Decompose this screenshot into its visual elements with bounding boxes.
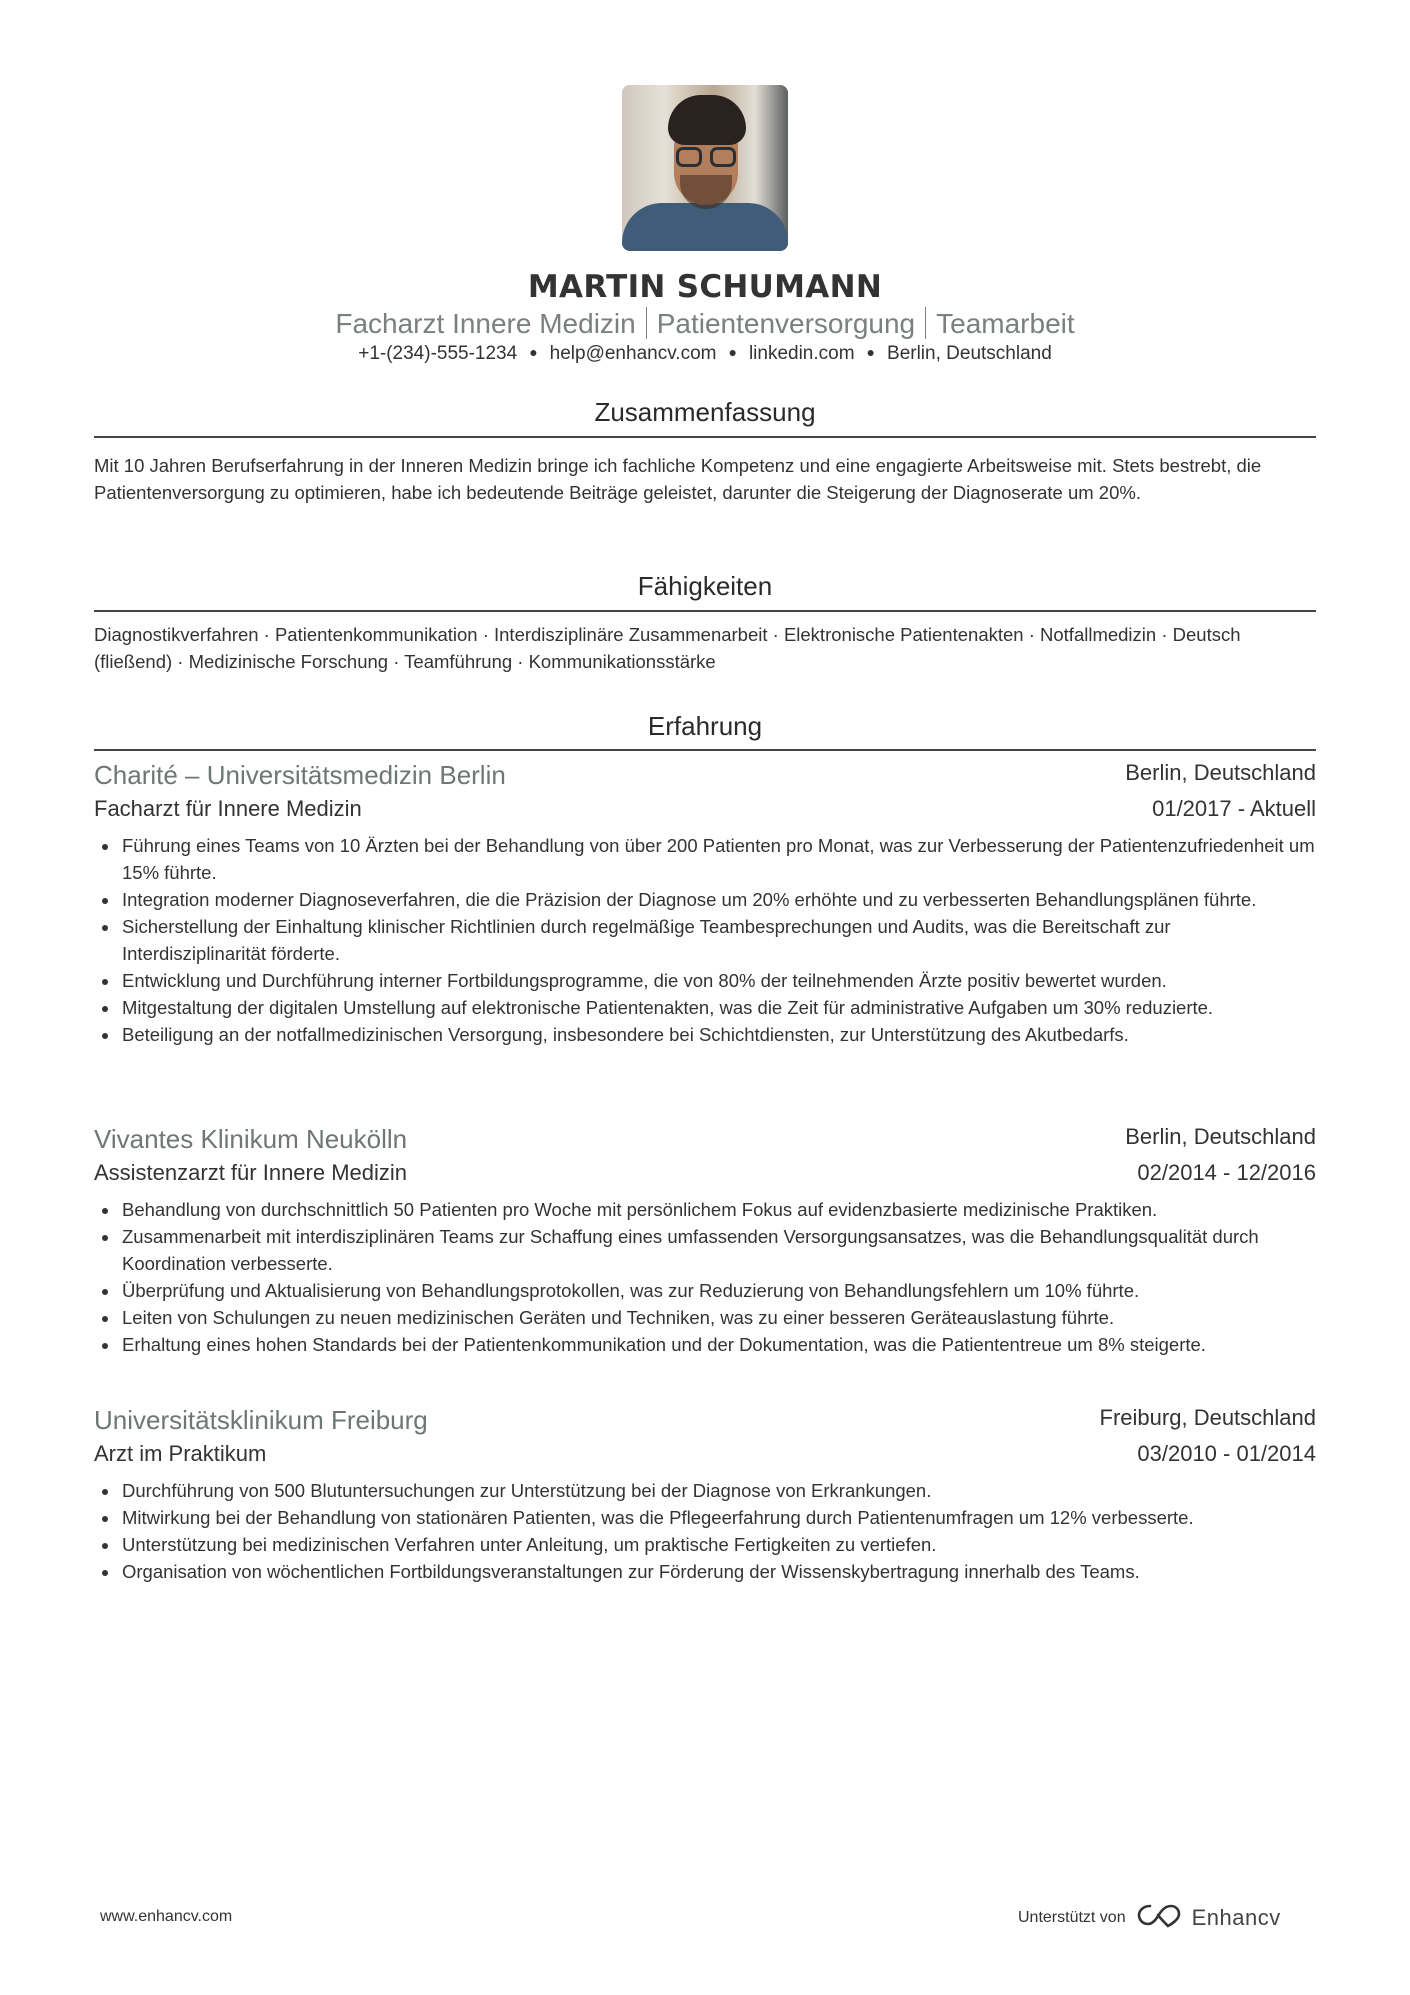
list-item: Integration moderner Diagnoseverfahren, … [94,886,1316,913]
list-item: Mitwirkung bei der Behandlung von statio… [94,1504,1316,1531]
candidate-name: MARTIN SCHUMANN [94,269,1316,305]
job-title: Assistenzarzt für Innere Medizin [94,1160,407,1186]
job-location: Freiburg, Deutschland [1100,1405,1316,1431]
list-item: Behandlung von durchschnittlich 50 Patie… [94,1196,1316,1223]
list-item: Mitgestaltung der digitalen Umstellung a… [94,994,1316,1021]
list-item: Beteiligung an der notfallmedizinischen … [94,1021,1316,1048]
job-dates: 02/2014 - 12/2016 [1137,1160,1316,1186]
section-rule [94,436,1316,438]
company-name: Charité – Universitätsmedizin Berlin [94,760,506,791]
footer-website-link[interactable]: www.enhancv.com [100,1908,232,1926]
headline-item: Teamarbeit [936,308,1075,339]
bullet-separator: ● [728,344,736,360]
section-title-experience: Erfahrung [94,711,1316,742]
job-entry: Vivantes Klinikum Neukölln Berlin, Deuts… [94,1124,1316,1358]
list-item: Erhaltung eines hohen Standards bei der … [94,1331,1316,1358]
job-entry: Universitätsklinikum Freiburg Freiburg, … [94,1405,1316,1585]
job-entry: Charité – Universitätsmedizin Berlin Ber… [94,760,1316,1048]
company-name: Vivantes Klinikum Neukölln [94,1124,407,1155]
job-bullets: Durchführung von 500 Blutuntersuchungen … [94,1477,1316,1585]
footer-branding[interactable]: Unterstützt von Enhancv [1018,1902,1281,1933]
job-bullets: Behandlung von durchschnittlich 50 Patie… [94,1196,1316,1358]
section-title-skills: Fähigkeiten [94,571,1316,602]
list-item: Leiten von Schulungen zu neuen medizinis… [94,1304,1316,1331]
job-bullets: Führung eines Teams von 10 Ärzten bei de… [94,832,1316,1048]
job-dates: 03/2010 - 01/2014 [1137,1441,1316,1467]
job-title: Facharzt für Innere Medizin [94,796,362,822]
profile-photo [622,85,788,251]
section-rule [94,749,1316,751]
divider [925,307,926,339]
brand-name: Enhancv [1192,1905,1281,1931]
email-link[interactable]: help@enhancv.com [550,343,717,364]
list-item: Zusammenarbeit mit interdisziplinären Te… [94,1223,1316,1277]
enhancv-logo-icon [1136,1902,1182,1933]
divider [646,307,647,339]
list-item: Organisation von wöchentlichen Fortbildu… [94,1558,1316,1585]
linkedin-link[interactable]: linkedin.com [749,343,855,364]
list-item: Durchführung von 500 Blutuntersuchungen … [94,1477,1316,1504]
phone[interactable]: +1-(234)-555-1234 [358,343,517,364]
job-dates: 01/2017 - Aktuell [1152,796,1316,822]
list-item: Unterstützung bei medizinischen Verfahre… [94,1531,1316,1558]
job-title: Arzt im Praktikum [94,1441,266,1467]
job-location: Berlin, Deutschland [1125,760,1316,786]
job-location: Berlin, Deutschland [1125,1124,1316,1150]
company-name: Universitätsklinikum Freiburg [94,1405,428,1436]
location: Berlin, Deutschland [887,343,1052,364]
skills-list: Diagnostikverfahren · Patientenkommunika… [94,621,1316,675]
headline-item: Facharzt Innere Medizin [335,308,635,339]
bullet-separator: ● [867,344,875,360]
section-rule [94,610,1316,612]
section-title-summary: Zusammenfassung [94,397,1316,428]
headline: Facharzt Innere MedizinPatientenversorgu… [94,307,1316,340]
list-item: Führung eines Teams von 10 Ärzten bei de… [94,832,1316,886]
list-item: Überprüfung und Aktualisierung von Behan… [94,1277,1316,1304]
contact-line: +1-(234)-555-1234●help@enhancv.com●linke… [94,343,1316,365]
summary-text: Mit 10 Jahren Berufserfahrung in der Inn… [94,452,1316,506]
bullet-separator: ● [529,344,537,360]
list-item: Sicherstellung der Einhaltung klinischer… [94,913,1316,967]
list-item: Entwicklung und Durchführung interner Fo… [94,967,1316,994]
powered-by-label: Unterstützt von [1018,1909,1126,1927]
headline-item: Patientenversorgung [657,308,915,339]
